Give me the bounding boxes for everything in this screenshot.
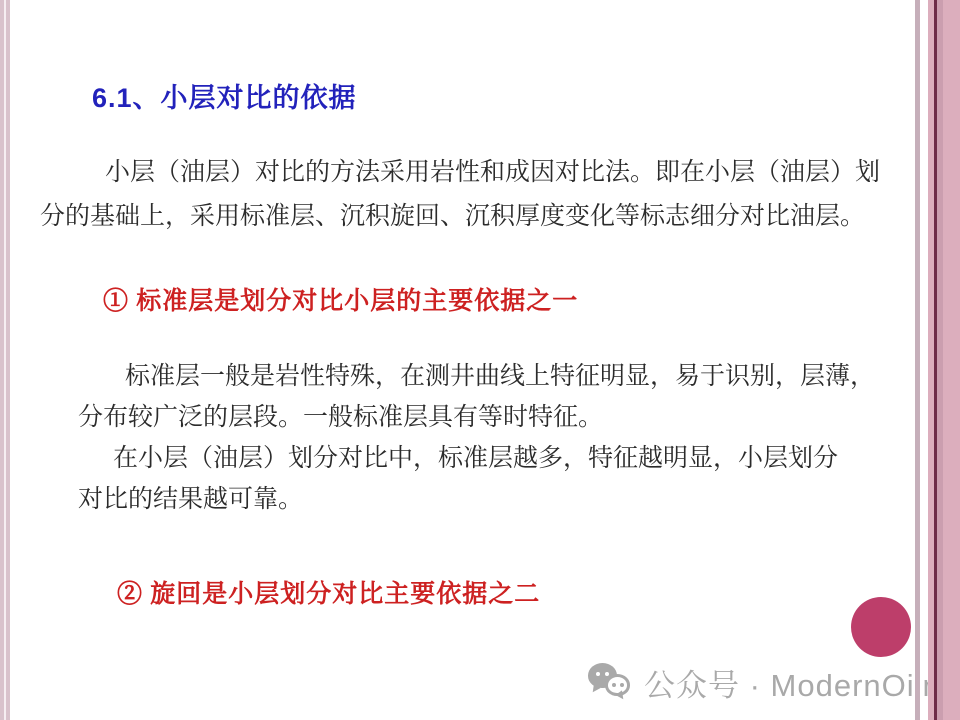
watermark-text: 公众号 · ModernOilmen: [644, 660, 960, 705]
slide-canvas: { "slide": { "title": "6.1、小层对比的依据", "in…: [0, 0, 960, 720]
wechat-eye: [620, 683, 624, 687]
wechat-bubble-front: [605, 674, 630, 696]
intro-line-1: 小层（油层）对比的方法采用岩性和成因对比法。即在小层（油层）划: [40, 150, 885, 194]
section1-heading: ① 标准层是划分对比小层的主要依据之一: [103, 281, 578, 317]
right-edge-band: [928, 0, 960, 720]
left-edge-stripe: [0, 0, 10, 720]
watermark: 公众号 · ModernOilmen: [588, 660, 960, 704]
wechat-eye: [612, 683, 616, 687]
intro-paragraph: 小层（油层）对比的方法采用岩性和成因对比法。即在小层（油层）划 分的基础上，采用…: [40, 150, 885, 238]
intro-line-2: 分的基础上，采用标准层、沉积旋回、沉积厚度变化等标志细分对比油层。: [40, 194, 885, 238]
wechat-eye: [596, 672, 600, 676]
section1-body: 标准层一般是岩性特殊，在测井曲线上特征明显，易于识别，层薄， 分布较广泛的层段。…: [78, 356, 888, 520]
section1-line-1: 标准层一般是岩性特殊，在测井曲线上特征明显，易于识别，层薄，: [78, 356, 888, 397]
wechat-icon: [588, 661, 634, 703]
section2-heading: ② 旋回是小层划分对比主要依据之二: [117, 574, 540, 610]
slide-title: 6.1、小层对比的依据: [92, 76, 357, 115]
section1-line-2: 分布较广泛的层段。一般标准层具有等时特征。: [78, 397, 888, 438]
accent-circle: [851, 597, 911, 657]
left-edge-stripe-highlight: [4, 0, 6, 720]
section1-line-4: 对比的结果越可靠。: [78, 479, 888, 520]
right-thin-stripe: [915, 0, 920, 720]
section1-line-3: 在小层（油层）划分对比中，标准层越多，特征越明显，小层划分: [78, 438, 888, 479]
right-edge-mid-shade: [937, 0, 943, 720]
wechat-eye: [605, 672, 609, 676]
